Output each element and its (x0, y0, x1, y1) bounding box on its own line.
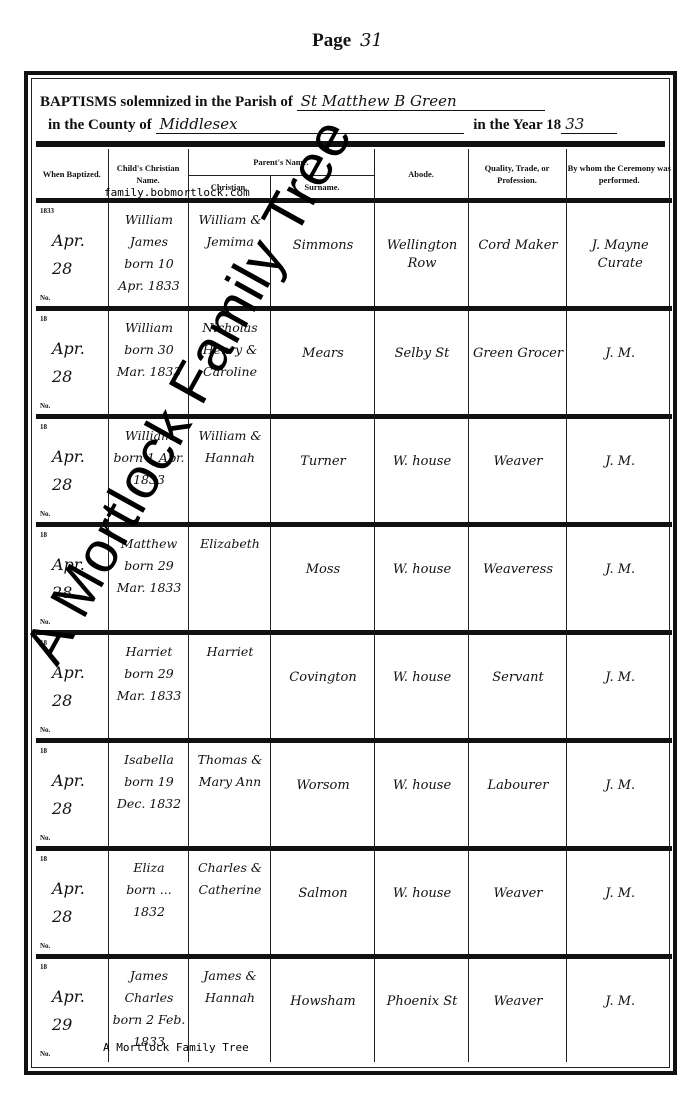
child-birth: born 30 Mar. 1833 (113, 339, 186, 383)
cell-parent-christian: Nicholas Henry & Caroline (188, 309, 270, 417)
cell-by-whom: J. M. (566, 525, 672, 633)
baptism-date: Apr.29 (52, 983, 85, 1039)
page-label-text: Page (312, 30, 351, 51)
year-label: 18 (40, 531, 47, 539)
cell-child: Isabellaborn 19 Dec. 1832 (108, 741, 188, 849)
cell-quality: Weaveress (468, 525, 566, 633)
cell-surname: Simmons (270, 201, 374, 309)
entry-number-label: No. (40, 402, 50, 410)
parish-name: St Matthew B Green (297, 92, 545, 111)
surname: Mears (275, 345, 372, 363)
child-birth: born 29 Mar. 1833 (113, 555, 186, 599)
parent-christian-names: William & Hannah (193, 425, 268, 469)
cell-quality: Weaver (468, 849, 566, 957)
child-name: William James (113, 209, 186, 253)
cell-abode: Phoenix St (374, 957, 468, 1063)
parent-christian-names: Harriet (193, 641, 268, 663)
surname: Howsham (275, 993, 372, 1011)
cell-when: 18Apr.28No. (36, 525, 108, 633)
entry-number-label: No. (40, 510, 50, 518)
cell-quality: Weaver (468, 417, 566, 525)
cell-abode: W. house (374, 525, 468, 633)
cell-parent-christian: Charles & Catherine (188, 849, 270, 957)
quality: Cord Maker (473, 237, 564, 255)
cell-child: Williamborn 1 Apr. 1833 (108, 417, 188, 525)
cell-by-whom: J. M. (566, 633, 672, 741)
child-birth: born 1 Apr. 1833 (113, 447, 186, 491)
parent-christian-names: William & Jemima (193, 209, 268, 253)
surname: Worsom (275, 777, 372, 795)
officiant: J. M. (571, 777, 671, 795)
baptism-date: Apr.28 (52, 659, 85, 715)
col-when-baptized: When Baptized. (36, 149, 108, 201)
surname: Simmons (275, 237, 372, 255)
register-inner-border: BAPTISMS solemnized in the Parish of St … (31, 78, 670, 1068)
cell-child: Matthewborn 29 Mar. 1833 (108, 525, 188, 633)
baptism-date: Apr.28 (52, 767, 85, 823)
child-birth: born ... 1832 (113, 879, 186, 923)
register-entry-row: 1833Apr.28No.William Jamesborn 10 Apr. 1… (36, 201, 672, 309)
quality: Weaver (473, 885, 564, 903)
cell-abode: W. house (374, 849, 468, 957)
quality: Green Grocer (473, 345, 564, 363)
cell-parent-christian: William & Hannah (188, 417, 270, 525)
officiant: J. Mayne Curate (571, 237, 671, 273)
entry-number-label: No. (40, 942, 50, 950)
cell-parent-christian: William & Jemima (188, 201, 270, 309)
cell-when: 18Apr.28No. (36, 309, 108, 417)
baptism-date: Apr.28 (52, 443, 85, 499)
year-label: 18 (40, 855, 47, 863)
title-year-prefix: in the Year 18 (473, 117, 561, 133)
surname: Moss (275, 561, 372, 579)
col-parents-name: Parent's Name. (188, 149, 374, 176)
officiant: J. M. (571, 669, 671, 687)
cell-when: 18Apr.28No. (36, 633, 108, 741)
entry-number-label: No. (40, 834, 50, 842)
surname: Covington (275, 669, 372, 687)
cell-by-whom: J. M. (566, 957, 672, 1063)
register-entry-row: 18Apr.28No.Williamborn 1 Apr. 1833Willia… (36, 417, 672, 525)
cell-when: 18Apr.28No. (36, 849, 108, 957)
cell-parent-christian: Elizabeth (188, 525, 270, 633)
cell-abode: W. house (374, 417, 468, 525)
child-name: Isabella (113, 749, 186, 771)
parent-christian-names: Charles & Catherine (193, 857, 268, 901)
title-line-county: in the County of Middlesex in the Year 1… (48, 115, 617, 134)
officiant: J. M. (571, 993, 671, 1011)
title-prefix-county: in the County of (48, 117, 152, 133)
year-label: 18 (40, 639, 47, 647)
cell-surname: Salmon (270, 849, 374, 957)
quality: Servant (473, 669, 564, 687)
baptism-date: Apr.28 (52, 875, 85, 931)
officiant: J. M. (571, 561, 671, 579)
cell-surname: Turner (270, 417, 374, 525)
child-name: Eliza (113, 857, 186, 879)
child-name: William (113, 425, 186, 447)
page-number: 31 (360, 30, 383, 51)
parent-christian-names: Thomas & Mary Ann (193, 749, 268, 793)
cell-abode: Wellington Row (374, 201, 468, 309)
cell-parent-christian: Harriet (188, 633, 270, 741)
cell-abode: Selby St (374, 309, 468, 417)
cell-quality: Weaver (468, 957, 566, 1063)
register-table: When Baptized. Child's Christian Name. P… (36, 149, 672, 1062)
child-name: William (113, 317, 186, 339)
quality: Weaver (473, 993, 564, 1011)
parent-christian-names: Nicholas Henry & Caroline (193, 317, 268, 383)
year-label: 18 (40, 315, 47, 323)
year-label: 1833 (40, 207, 54, 215)
cell-abode: W. house (374, 741, 468, 849)
surname: Salmon (275, 885, 372, 903)
child-birth: born 19 Dec. 1832 (113, 771, 186, 815)
cell-surname: Moss (270, 525, 374, 633)
register-entry-row: 18Apr.28No.Matthewborn 29 Mar. 1833Eliza… (36, 525, 672, 633)
cell-child: Elizaborn ... 1832 (108, 849, 188, 957)
col-parent-surname: Surname. (270, 176, 374, 201)
entry-number-label: No. (40, 726, 50, 734)
entry-number-label: No. (40, 294, 50, 302)
cell-by-whom: J. M. (566, 309, 672, 417)
child-birth: born 10 Apr. 1833 (113, 253, 186, 297)
baptism-register: BAPTISMS solemnized in the Parish of St … (24, 71, 677, 1075)
col-by-whom: By whom the Ceremony was performed. (566, 149, 672, 201)
year-suffix: 33 (561, 115, 617, 134)
baptism-date: Apr.28 (52, 551, 85, 607)
cell-by-whom: J. M. (566, 849, 672, 957)
abode: W. house (379, 777, 466, 795)
register-entry-row: 18Apr.28No.Elizaborn ... 1832Charles & C… (36, 849, 672, 957)
cell-surname: Covington (270, 633, 374, 741)
title-prefix-parish: BAPTISMS solemnized in the Parish of (40, 94, 293, 110)
surname: Turner (275, 453, 372, 471)
title-line-parish: BAPTISMS solemnized in the Parish of St … (40, 92, 545, 111)
page-label: Page 31 (0, 30, 695, 52)
register-title: BAPTISMS solemnized in the Parish of St … (38, 85, 663, 145)
cell-quality: Labourer (468, 741, 566, 849)
cell-child: William Jamesborn 10 Apr. 1833 (108, 201, 188, 309)
watermark-url: family.bobmortlock.com (104, 186, 250, 199)
register-entry-row: 18Apr.28No.Isabellaborn 19 Dec. 1832Thom… (36, 741, 672, 849)
register-entry-row: 18Apr.28No.Williamborn 30 Mar. 1833Nicho… (36, 309, 672, 417)
cell-child: Williamborn 30 Mar. 1833 (108, 309, 188, 417)
cell-surname: Howsham (270, 957, 374, 1063)
parent-christian-names: Elizabeth (193, 533, 268, 555)
cell-when: 1833Apr.28No. (36, 201, 108, 309)
child-name: Harriet (113, 641, 186, 663)
cell-when: 18Apr.29No. (36, 957, 108, 1063)
col-quality: Quality, Trade, or Profession. (468, 149, 566, 201)
entry-number-label: No. (40, 1050, 50, 1058)
child-birth: born 29 Mar. 1833 (113, 663, 186, 707)
cell-child: Harrietborn 29 Mar. 1833 (108, 633, 188, 741)
watermark-caption: A Mortlock Family Tree (103, 1041, 249, 1054)
cell-surname: Worsom (270, 741, 374, 849)
year-label: 18 (40, 747, 47, 755)
cell-by-whom: J. M. (566, 741, 672, 849)
abode: Selby St (379, 345, 466, 363)
cell-when: 18Apr.28No. (36, 741, 108, 849)
abode: W. house (379, 885, 466, 903)
cell-by-whom: J. M. (566, 417, 672, 525)
county-name: Middlesex (156, 115, 464, 134)
baptism-date: Apr.28 (52, 335, 85, 391)
abode: W. house (379, 453, 466, 471)
year-label: 18 (40, 423, 47, 431)
entry-number-label: No. (40, 618, 50, 626)
cell-when: 18Apr.28No. (36, 417, 108, 525)
child-name: Matthew (113, 533, 186, 555)
officiant: J. M. (571, 453, 671, 471)
child-name: James Charles (113, 965, 186, 1009)
cell-quality: Green Grocer (468, 309, 566, 417)
abode: Wellington Row (379, 237, 466, 273)
quality: Weaveress (473, 561, 564, 579)
cell-quality: Cord Maker (468, 201, 566, 309)
title-divider (36, 141, 665, 147)
baptism-date: Apr.28 (52, 227, 85, 283)
abode: Phoenix St (379, 993, 466, 1011)
col-abode: Abode. (374, 149, 468, 201)
quality: Weaver (473, 453, 564, 471)
abode: W. house (379, 669, 466, 687)
quality: Labourer (473, 777, 564, 795)
officiant: J. M. (571, 345, 671, 363)
officiant: J. M. (571, 885, 671, 903)
cell-parent-christian: Thomas & Mary Ann (188, 741, 270, 849)
abode: W. house (379, 561, 466, 579)
cell-quality: Servant (468, 633, 566, 741)
cell-abode: W. house (374, 633, 468, 741)
cell-surname: Mears (270, 309, 374, 417)
parent-christian-names: James & Hannah (193, 965, 268, 1009)
cell-by-whom: J. Mayne Curate (566, 201, 672, 309)
register-entry-row: 18Apr.28No.Harrietborn 29 Mar. 1833Harri… (36, 633, 672, 741)
year-label: 18 (40, 963, 47, 971)
